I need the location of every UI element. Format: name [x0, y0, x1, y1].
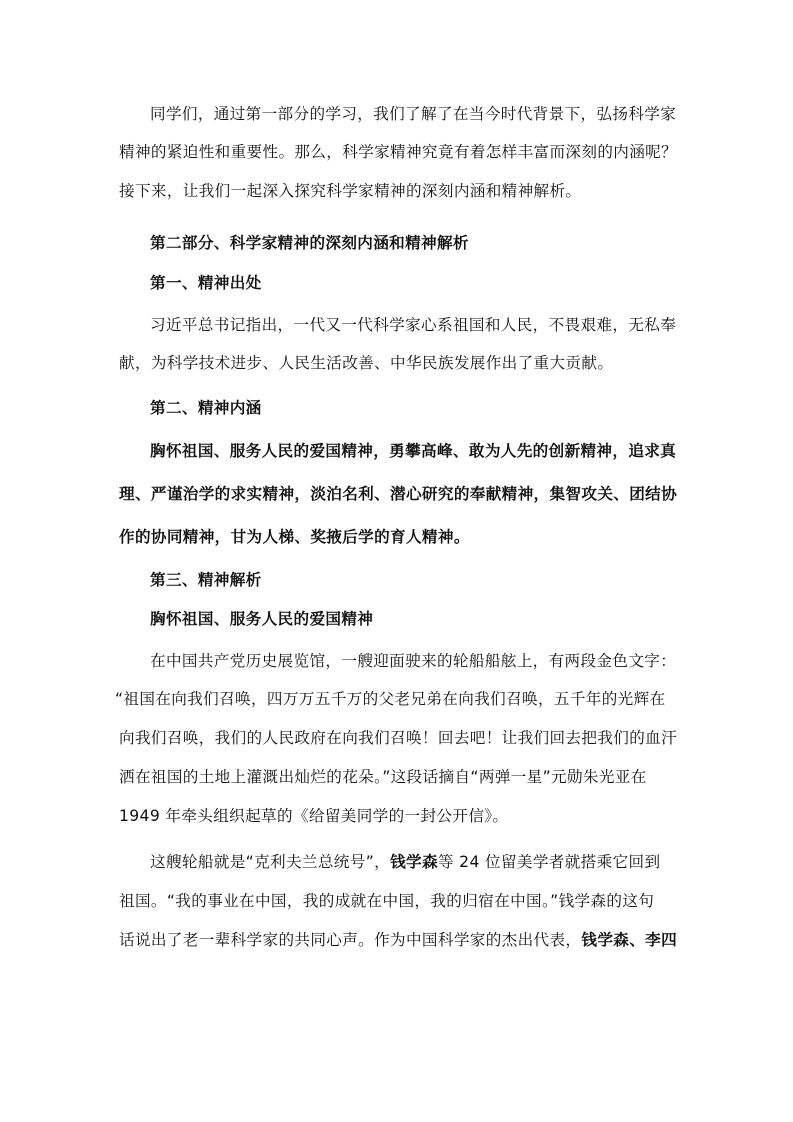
ship-line-1-pre: 这艘轮船就是“克利夫兰总统号”，: [150, 853, 390, 871]
section1-heading: 第一、精神出处: [150, 273, 262, 293]
section1-line-1: 习近平总书记指出，一代又一代科学家心系祖国和人民，不畏艰难，无私奉: [150, 315, 676, 335]
section1-line-2: 献，为科学技术进步、人民生活改善、中华民族发展作出了重大贡献。: [119, 353, 613, 373]
name-qian-xuesen: 钱学森: [390, 853, 438, 871]
section2-line-1: 胸怀祖国、服务人民的爱国精神，勇攀高峰、敢为人先的创新精神，追求真: [150, 441, 676, 461]
section2-line-3: 作的协同精神，甘为人梯、奖掖后学的育人精神。: [119, 527, 470, 547]
intro-line-1: 同学们，通过第一部分的学习，我们了解了在当今时代背景下，弘扬科学家: [150, 104, 676, 124]
names-bold: 钱学森、李四: [581, 931, 677, 949]
patriotism-line-5: 1949 年牵头组织起草的《给留美同学的一封公开信》。: [119, 806, 508, 826]
ship-line-3: 话说出了老一辈科学家的共同心声。作为中国科学家的杰出代表，钱学森、李四: [119, 930, 677, 950]
part2-heading: 第二部分、科学家精神的深刻内涵和精神解析: [150, 233, 469, 253]
section2-heading: 第二、精神内涵: [150, 398, 262, 418]
section3-heading: 第三、精神解析: [150, 570, 262, 590]
intro-line-3: 接下来，让我们一起深入探究科学家精神的深刻内涵和精神解析。: [119, 181, 581, 201]
patriotism-line-1: 在中国共产党历史展览馆，一艘迎面驶来的轮船船舷上，有两段金色文字：: [150, 651, 676, 671]
intro-line-2: 精神的紧迫性和重要性。那么，科学家精神究竟有着怎样丰富而深刻的内涵呢？: [119, 142, 677, 162]
patriotism-line-4: 洒在祖国的土地上灌溉出灿烂的花朵。”这段话摘自“两弹一星”元勋朱光亚在: [119, 767, 647, 787]
section2-line-2: 理、严谨治学的求实精神，淡泊名利、潜心研究的奉献精神，集智攻关、团结协: [119, 484, 677, 504]
ship-line-3-pre: 话说出了老一辈科学家的共同心声。作为中国科学家的杰出代表，: [119, 931, 581, 949]
patriotism-line-2: “祖国在向我们召唤，四万万五千万的父老兄弟在向我们召唤，五千年的光辉在: [115, 689, 666, 709]
patriotism-line-3: 向我们召唤，我们的人民政府在向我们召唤！回去吧！让我们回去把我们的血汗: [119, 728, 677, 748]
ship-line-1: 这艘轮船就是“克利夫兰总统号”，钱学森等 24 位留美学者就搭乘它回到: [150, 852, 660, 872]
ship-line-1-post: 等 24 位留美学者就搭乘它回到: [438, 853, 660, 871]
patriotism-heading: 胸怀祖国、服务人民的爱国精神: [150, 609, 373, 629]
ship-line-2: 祖国。“我的事业在中国，我的成就在中国，我的归宿在中国。”钱学森的这句: [119, 891, 654, 911]
